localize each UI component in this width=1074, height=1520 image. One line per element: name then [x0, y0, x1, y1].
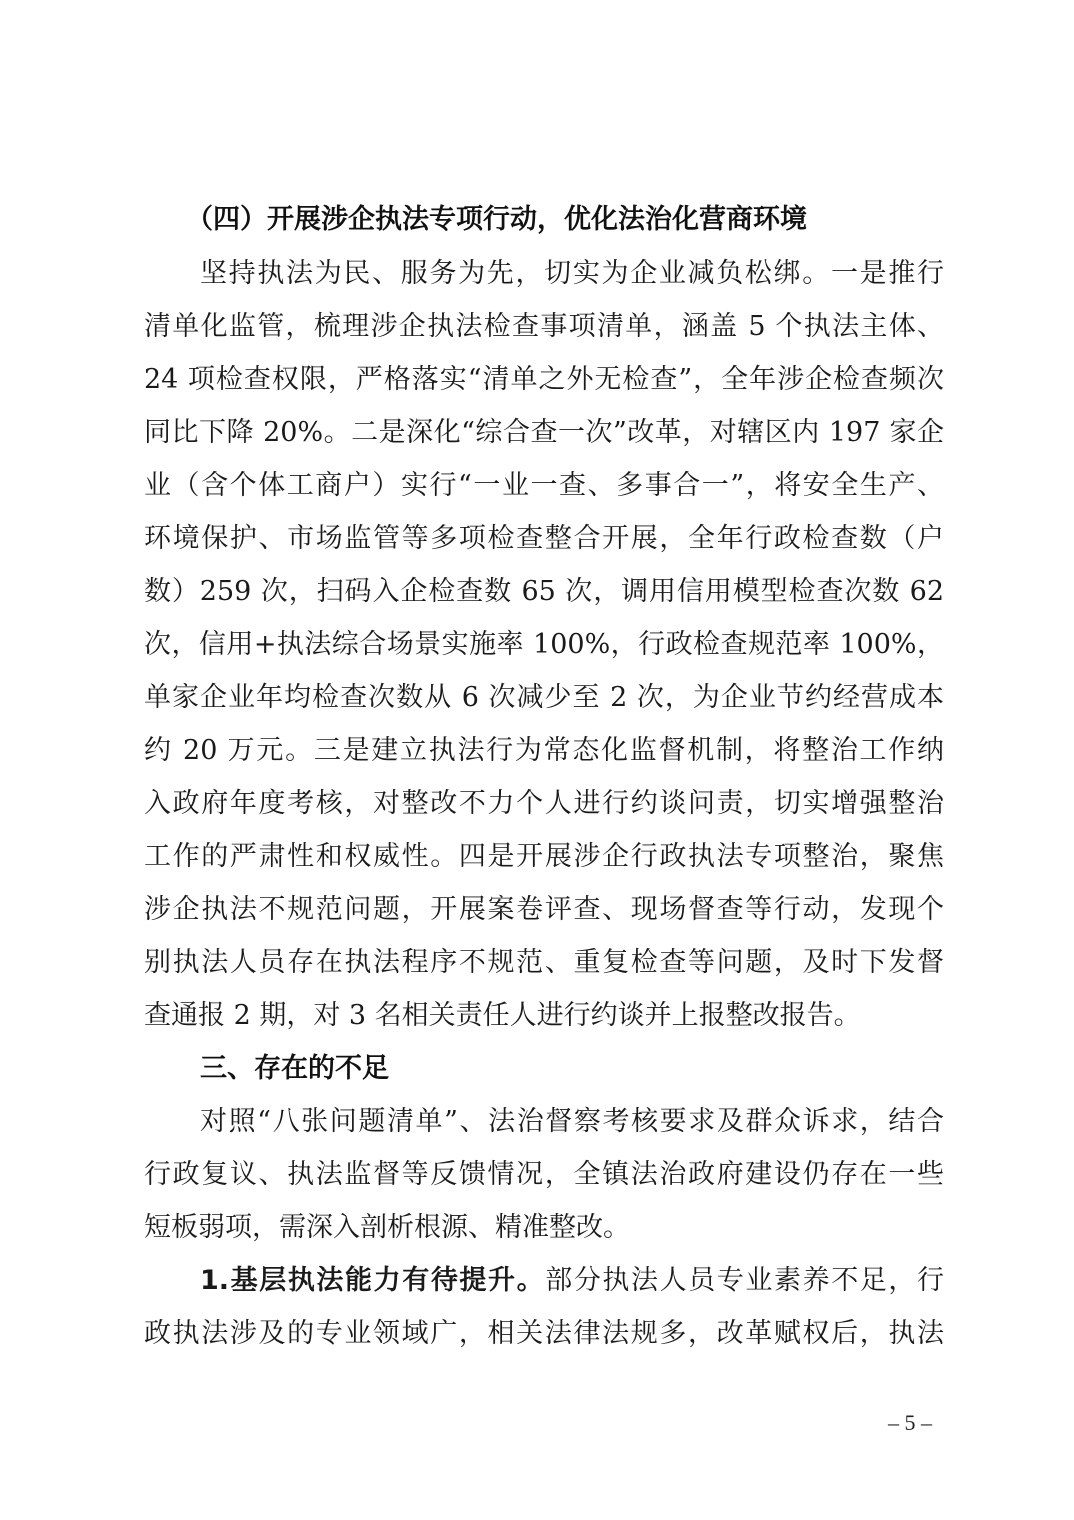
paragraph-line: 政执法涉及的专业领域广，相关法律法规多，改革赋权后，执法 — [144, 1314, 944, 1354]
item-text: 部分执法人员专业素养不足，行 — [545, 1265, 944, 1296]
paragraph-line: 1.基层执法能力有待提升。部分执法人员专业素养不足，行 — [200, 1261, 944, 1301]
paragraph-line: 清单化监管，梳理涉企执法检查事项清单，涵盖 5 个执法主体、 — [144, 307, 944, 347]
paragraph-line: 约 20 万元。三是建立执法行为常态化监督机制，将整治工作纳 — [144, 731, 944, 771]
paragraph-line: 别执法人员存在执法程序不规范、重复检查等问题，及时下发督 — [144, 943, 944, 983]
paragraph-line: 单家企业年均检查次数从 6 次减少至 2 次，为企业节约经营成本 — [144, 678, 944, 718]
paragraph-line: 对照“八张问题清单”、法治督察考核要求及群众诉求，结合 — [200, 1102, 944, 1142]
paragraph-line: 查通报 2 期，对 3 名相关责任人进行约谈并上报整改报告。 — [144, 996, 944, 1036]
paragraph-line: 坚持执法为民、服务为先，切实为企业减负松绑。一是推行 — [200, 254, 944, 294]
paragraph-line: 环境保护、市场监管等多项检查整合开展，全年行政检查数（户 — [144, 519, 944, 559]
paragraph-line: 短板弱项，需深入剖析根源、精准整改。 — [144, 1208, 944, 1248]
paragraph-line: 工作的严肃性和权威性。四是开展涉企行政执法专项整治，聚焦 — [144, 837, 944, 877]
chapter-heading: 三、存在的不足 — [200, 1049, 500, 1089]
paragraph-line: 行政复议、执法监督等反馈情况，全镇法治政府建设仍存在一些 — [144, 1155, 944, 1195]
paragraph-line: 同比下降 20%。二是深化“综合查一次”改革，对辖区内 197 家企 — [144, 413, 944, 453]
document-page: （四）开展涉企执法专项行动，优化法治化营商环境 坚持执法为民、服务为先，切实为企… — [0, 0, 1074, 1520]
section-heading: （四）开展涉企执法专项行动，优化法治化营商环境 — [186, 200, 866, 240]
paragraph-line: 24 项检查权限，严格落实“清单之外无检查”，全年涉企检查频次 — [144, 360, 944, 400]
paragraph-line: 次，信用+执法综合场景实施率 100%，行政检查规范率 100%， — [144, 625, 944, 665]
page-number: – 5 – — [860, 1408, 960, 1438]
paragraph-line: 涉企执法不规范问题，开展案卷评查、现场督查等行动，发现个 — [144, 890, 944, 930]
paragraph-line: 入政府年度考核，对整改不力个人进行约谈问责，切实增强整治 — [144, 784, 944, 824]
paragraph-line: 数）259 次，扫码入企检查数 65 次，调用信用模型检查次数 62 — [144, 572, 944, 612]
paragraph-line: 业（含个体工商户）实行“一业一查、多事合一”，将安全生产、 — [144, 466, 944, 506]
item-heading: 1.基层执法能力有待提升。 — [200, 1265, 545, 1296]
